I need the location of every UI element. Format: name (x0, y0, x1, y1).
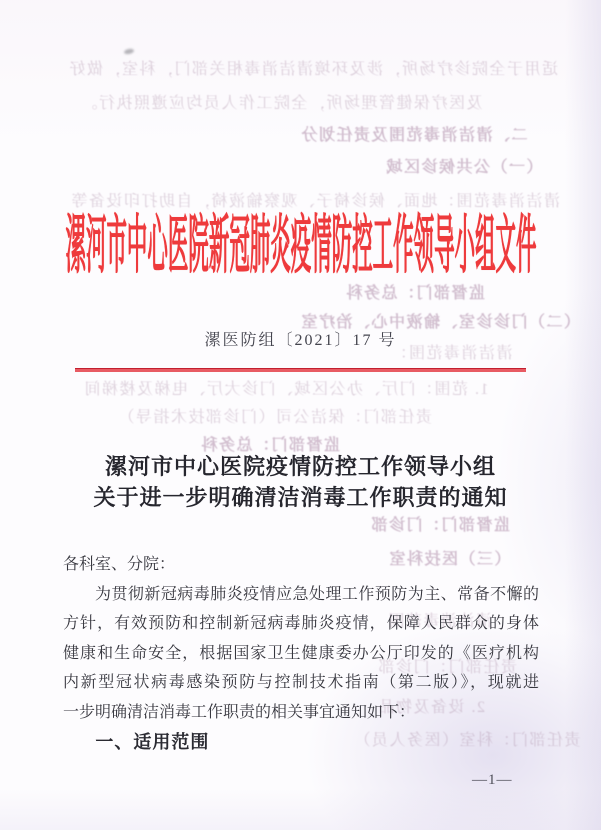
section-heading: 一、适用范围 (63, 728, 539, 758)
salutation: 各科室、分院： (63, 550, 539, 580)
bleedthrough-text: 1. 范围：门厅、办公区域、门诊大厅、电梯及楼梯间 (83, 382, 489, 398)
body-line: 内新型冠状病毒感染预防与控制技术指南（第二版）》，现就进 (63, 668, 539, 698)
red-divider-rule (75, 368, 526, 372)
bleedthrough-text: 及医疗保健管理场所，全院工作人员均应遵照执行。 (80, 96, 483, 112)
document-number: 漯医防组〔2021〕17 号 (0, 327, 601, 350)
bleedthrough-text: 监督部门：门诊部 (370, 518, 510, 534)
document-red-header: 漯河市中心医院新冠肺炎疫情防控工作领导小组文件 (0, 210, 601, 282)
document-body: 各科室、分院： 为贯彻新冠病毒肺炎疫情应急处理工作预防为主、常备不懈的 方针，有… (63, 550, 539, 757)
bleedthrough-text: 适用于全院诊疗场所，涉及环境清洁消毒相关部门，科室，做好 (68, 62, 558, 78)
bleedthrough-text: 清洁消毒范围：地面、候诊椅子、观察输液椅，自助打印设备等 (70, 194, 560, 210)
bleedthrough-text: 责任部门：保洁公司（门诊部技术指导） (117, 410, 432, 426)
bleedthrough-text: （一）公共候诊区域 (385, 160, 543, 176)
body-line: 一步明确清洁消毒工作职责的相关事宜通知如下： (63, 698, 539, 728)
scanned-document-page: 适用于全院诊疗场所，涉及环境清洁消毒相关部门，科室，做好及医疗保健管理场所，全院… (0, 0, 601, 830)
document-title-line-1: 漯河市中心医院疫情防控工作领导小组 (0, 451, 601, 482)
body-line: 为贯彻新冠病毒肺炎疫情应急处理工作预防为主、常备不懈的 (63, 580, 539, 610)
body-line: 健康和生命安全，根据国家卫生健康委办公厅印发的《医疗机构 (63, 639, 539, 669)
body-line: 方针，有效预防和控制新冠病毒肺炎疫情，保障人民群众的身体 (63, 609, 539, 639)
smudge-mark (124, 48, 135, 55)
red-header-title: 漯河市中心医院新冠肺炎疫情防控工作领导小组文件 (65, 211, 536, 280)
page-number: —1— (472, 772, 513, 789)
document-title-line-2: 关于进一步明确清洁消毒工作职责的通知 (0, 482, 601, 513)
document-title: 漯河市中心医院疫情防控工作领导小组 关于进一步明确清洁消毒工作职责的通知 (0, 451, 601, 513)
bleedthrough-text: 监督部门：总务科 (345, 286, 485, 302)
bleedthrough-text: 二、清洁消毒范围及责任划分 (300, 128, 528, 144)
